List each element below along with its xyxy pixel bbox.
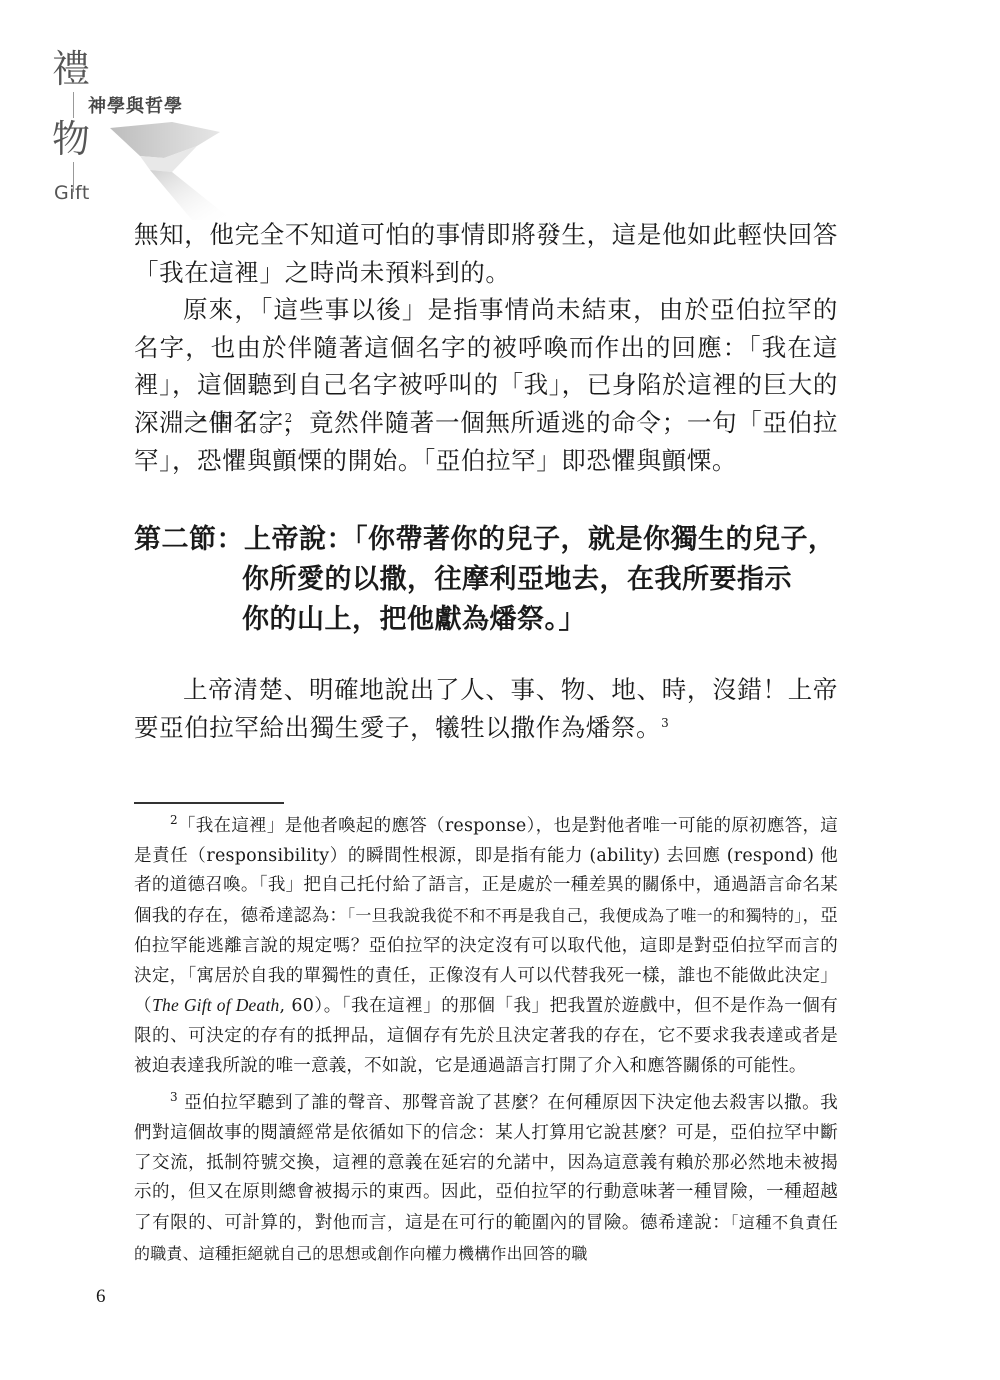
footnote-3: 3 亞伯拉罕聽到了誰的聲音、那聲音說了甚麼？在何種原因下決定他去殺害以撒。我們對… [134,1089,838,1269]
paragraph-text: 一個名字，竟然伴隨著一個無所遁逃的命令；一句「亞伯拉罕」，恐懼與顫慄的開始。「亞… [134,404,838,479]
body-paragraph: 一個名字，竟然伴隨著一個無所遁逃的命令；一句「亞伯拉罕」，恐懼與顫慄的開始。「亞… [134,404,838,479]
book-series-logo: 禮 神學與哲學 物 Gift [52,48,272,218]
heading-line: 第二節：上帝說：「你帶著你的兒子，就是你獨生的兒子， [134,520,854,560]
paragraph-content: 上帝清楚、明確地說出了人、事、物、地、時，沒錯！上帝要亞伯拉罕給出獨生愛子，犧牲… [134,675,838,742]
logo-char-wu: 物 [52,120,90,158]
page-number: 6 [96,1286,106,1308]
footnote-ref[interactable]: 3 [661,715,669,729]
logo-char-li: 禮 [52,50,90,88]
logo-english-title: Gift [54,182,90,204]
paragraph-text: 無知，他完全不知道可怕的事情即將發生，這是他如此輕快回答「我在這裡」之時尚未預料… [134,216,838,291]
heading-line: 你的山上，把他獻為燔祭。」 [134,600,854,640]
citation-page: , 60） [280,996,324,1016]
section-heading: 第二節：上帝說：「你帶著你的兒子，就是你獨生的兒子， 你所愛的以撒，往摩利亞地去… [134,520,854,640]
footnote-quote: 「一旦我說我從不和不再是我自己，我便成為了唯一的和獨特的」 [347,906,802,925]
paragraph-text: 上帝清楚、明確地說出了人、事、物、地、時，沒錯！上帝要亞伯拉罕給出獨生愛子，犧牲… [134,671,838,746]
footnote-number: 3 [170,1091,178,1105]
bowl-graphic-icon [102,120,232,220]
logo-divider [73,92,74,118]
series-title: 神學與哲學 [88,92,183,118]
citation-title: The Gift of Death [152,995,279,1015]
footnote-number: 2 [170,813,178,827]
footnotes: 2「我在這裡」是他者喚起的應答（response），也是對他者唯一可能的原初應答… [134,812,838,1270]
body-paragraph: 上帝清楚、明確地說出了人、事、物、地、時，沒錯！上帝要亞伯拉罕給出獨生愛子，犧牲… [134,671,838,746]
heading-line: 你所愛的以撒，往摩利亞地去，在我所要指示 [134,560,854,600]
body-paragraph: 無知，他完全不知道可怕的事情即將發生，這是他如此輕快回答「我在這裡」之時尚未預料… [134,216,838,291]
footnote-separator [134,802,284,804]
footnote-2: 2「我在這裡」是他者喚起的應答（response），也是對他者唯一可能的原初應答… [134,812,838,1081]
